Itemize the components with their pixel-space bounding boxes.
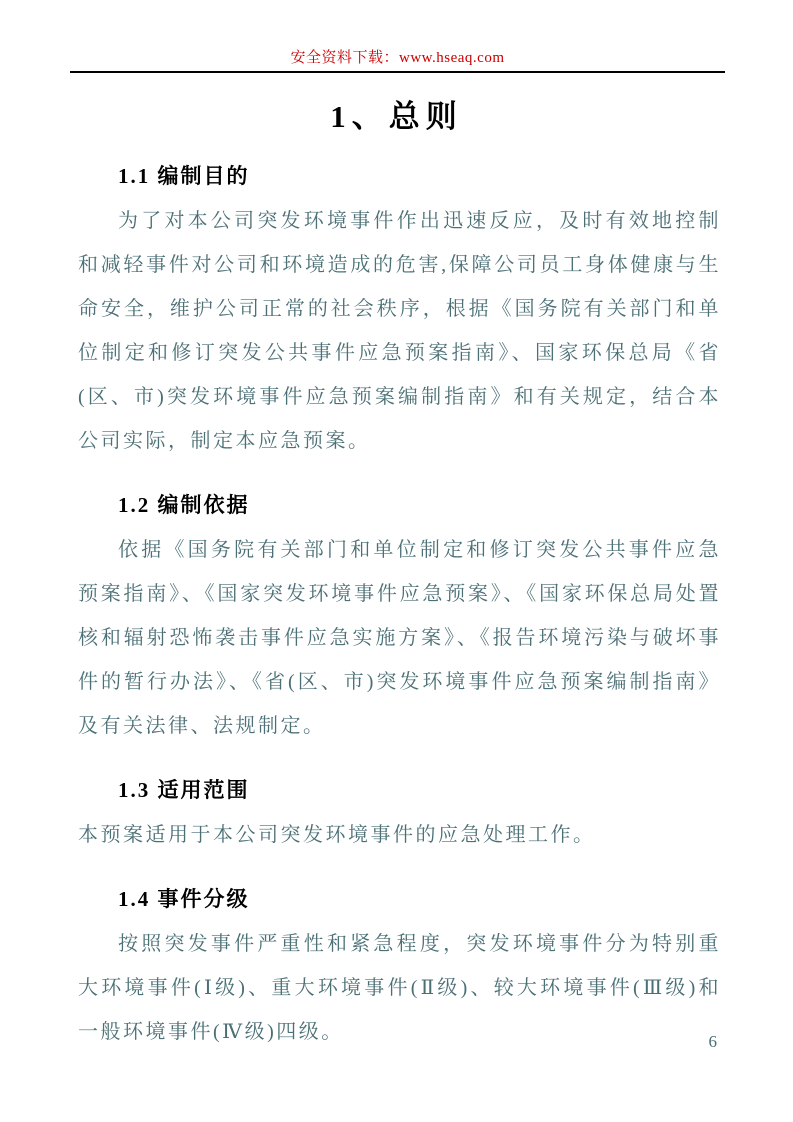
- section-heading-1-1: 1.1 编制目的: [78, 161, 721, 191]
- section-paragraph-1-3: 本预案适用于本公司突发环境事件的应急处理工作。: [78, 813, 721, 857]
- section-paragraph-1-2: 依据《国务院有关部门和单位制定和修订突发公共事件应急预案指南》、《国家突发环境事…: [78, 528, 721, 748]
- section-heading-1-2: 1.2 编制依据: [78, 490, 721, 520]
- watermark-header-text: 安全资料下载：www.hseaq.com: [290, 50, 504, 66]
- section-paragraph-1-4: 按照突发事件严重性和紧急程度，突发环境事件分为特别重大环境事件(Ⅰ级)、重大环境…: [78, 922, 721, 1054]
- watermark-header: 安全资料下载：www.hseaq.com: [70, 0, 725, 73]
- document-body: 1.1 编制目的 为了对本公司突发环境事件作出迅速反应，及时有效地控制和减轻事件…: [0, 161, 793, 1054]
- document-page: 安全资料下载：www.hseaq.com 1、总则 1.1 编制目的 为了对本公…: [0, 0, 793, 1122]
- section-heading-1-4: 1.4 事件分级: [78, 884, 721, 914]
- section-paragraph-1-1: 为了对本公司突发环境事件作出迅速反应，及时有效地控制和减轻事件对公司和环境造成的…: [78, 199, 721, 463]
- page-number: 6: [709, 1032, 718, 1052]
- chapter-title: 1、总则: [0, 97, 793, 137]
- section-heading-1-3: 1.3 适用范围: [78, 775, 721, 805]
